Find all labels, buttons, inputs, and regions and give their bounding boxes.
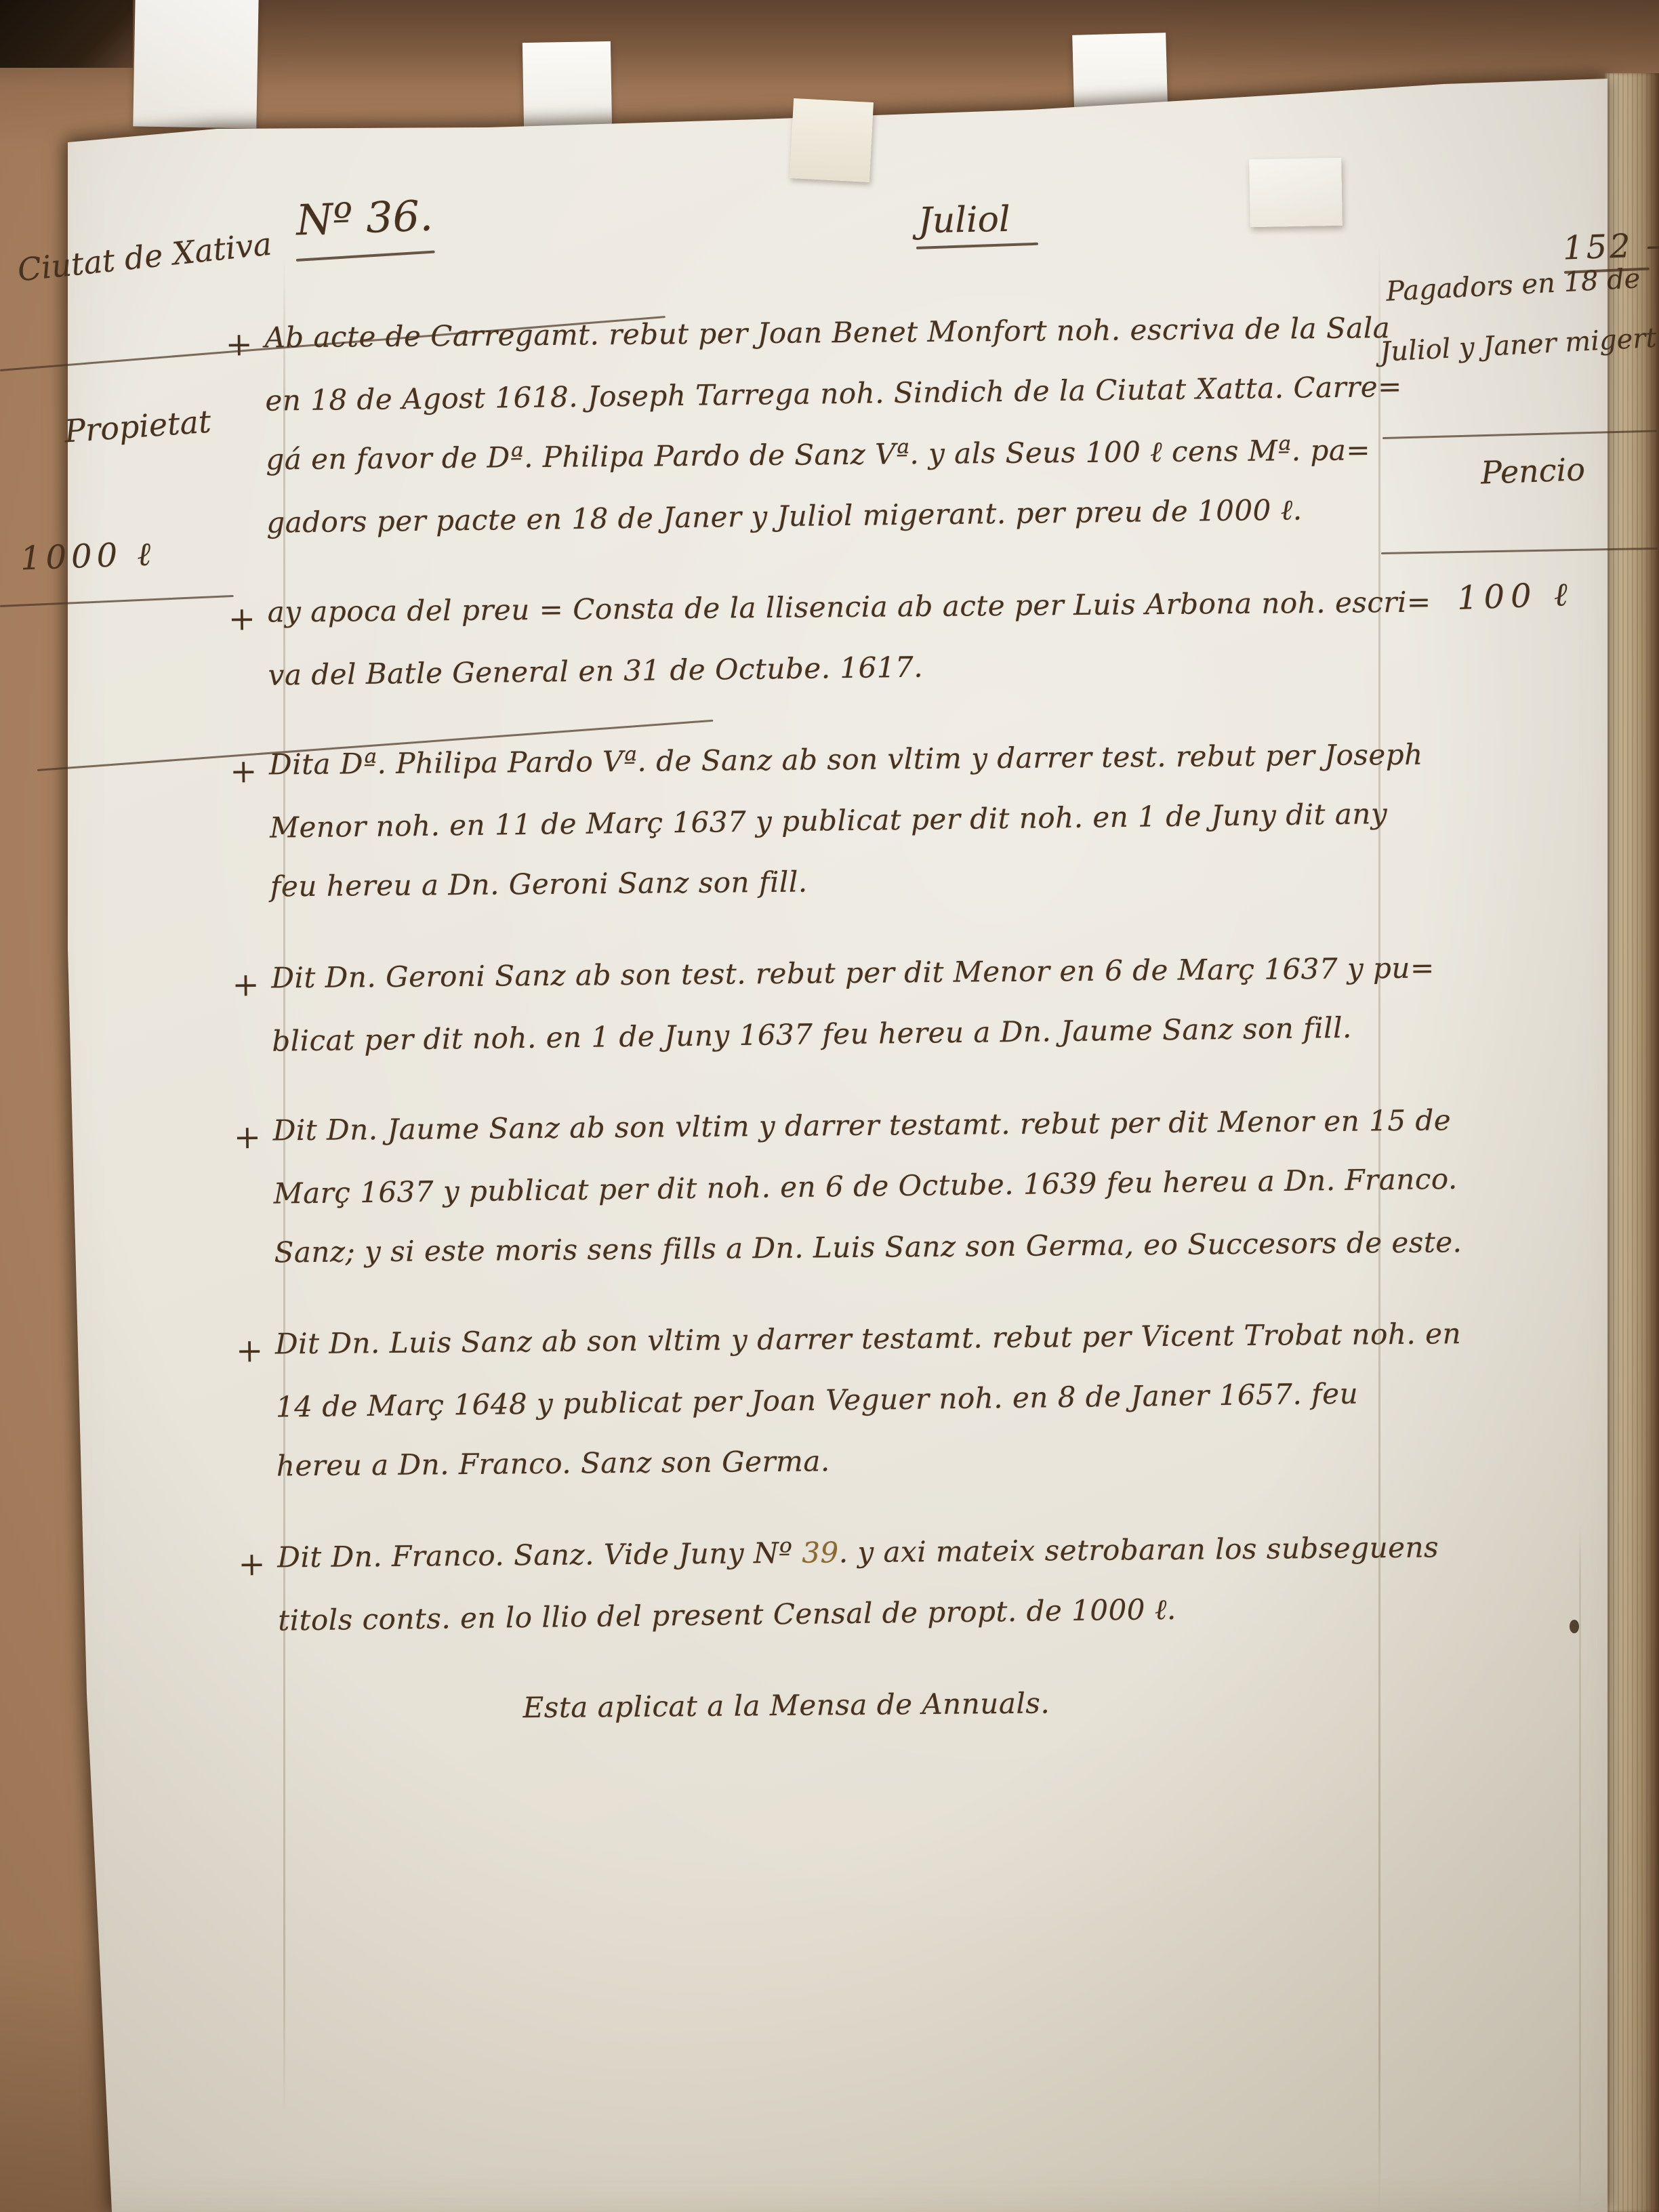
payable-note-line2: Juliol y Janer migert. [1379, 322, 1659, 368]
plus-marker: + [228, 588, 256, 649]
plus-marker: + [238, 1534, 266, 1595]
entry-paragraph: + Dit Dn. Jaume Sanz ab son vltim y darr… [272, 1089, 1413, 1284]
margin-city-label: Ciutat de Xativa [16, 225, 273, 288]
pension-rule-top [1382, 430, 1657, 439]
fold-line-right [1378, 244, 1380, 2212]
entry-paragraph: + Dit Dn. Luis Sanz ab son vltim y darre… [275, 1303, 1416, 1498]
folio-number: 152 – [1562, 226, 1659, 267]
manuscript-line: feu hereu a Dn. Geroni Sanz son fill. [270, 846, 1410, 918]
entry-text-block: + Ab acte de Carregamt. rebut per Joan B… [264, 296, 1418, 1741]
manuscript-line: gadors per pacte en 18 de Janer y Juliol… [266, 478, 1406, 554]
manuscript-line: va del Batle General en 31 de Octube. 16… [268, 631, 1407, 706]
pension-rule-bottom [1381, 548, 1658, 554]
vide-ref-prefix: Dit Dn. Franco. Sanz. Vide Juny Nº [277, 1536, 802, 1574]
ink-fleck [1570, 1620, 1579, 1633]
fold-line-far-right [1579, 1525, 1581, 2212]
entry-number: Nº 36. [295, 191, 434, 245]
plus-marker: + [233, 1107, 262, 1168]
plus-marker: + [232, 954, 260, 1015]
month-heading: Juliol [918, 199, 1010, 241]
plus-marker: + [236, 1320, 264, 1381]
manuscript-content: Nº 36. Juliol 152 – Ciutat de Xativa Pro… [0, 0, 1659, 2212]
entry-paragraph: + Dit Dn. Franco. Sanz. Vide Juny Nº 39.… [277, 1516, 1417, 1650]
margin-property-label: Propietat [63, 403, 212, 450]
manuscript-photo: Nº 36. Juliol 152 – Ciutat de Xativa Pro… [0, 0, 1659, 2212]
margin-property-value: 1000 ℓ [20, 535, 156, 578]
margin-rule-3 [0, 595, 234, 607]
closing-line: Esta aplicat a la Mensa de Annuals. [279, 1670, 1418, 1741]
payable-note-line1: Pagadors en 18 de [1385, 263, 1641, 308]
entry-paragraph: + Dit Dn. Geroni Sanz ab son test. rebut… [271, 937, 1411, 1071]
manuscript-line: titols conts. en lo llio del present Cen… [278, 1576, 1417, 1652]
plus-marker: + [225, 314, 253, 375]
entry-paragraph: + ay apoca del preu = Consta de la llise… [267, 571, 1407, 705]
plus-marker: + [230, 741, 258, 802]
vide-ref-suffix: . y axi mateix setrobaran los subseguens [839, 1530, 1439, 1569]
manuscript-line: blicat per dit noh. en 1 de Juny 1637 fe… [272, 997, 1411, 1072]
pension-value: 100 ℓ [1456, 575, 1574, 617]
month-underline [916, 243, 1038, 249]
manuscript-line: Sanz; y si este moris sens fills a Dn. L… [274, 1212, 1413, 1284]
manuscript-line: hereu a Dn. Franco. Sanz son Germa. [276, 1426, 1415, 1497]
fold-line-left [283, 258, 285, 2114]
entry-paragraph: + Dita Dª. Philipa Pardo Vª. de Sanz ab … [269, 723, 1410, 918]
pension-label: Pencio [1480, 451, 1586, 491]
entry-paragraph: + Ab acte de Carregamt. rebut per Joan B… [264, 296, 1406, 552]
vide-ref-number: 39 [802, 1536, 839, 1569]
entry-number-underline [296, 250, 435, 262]
